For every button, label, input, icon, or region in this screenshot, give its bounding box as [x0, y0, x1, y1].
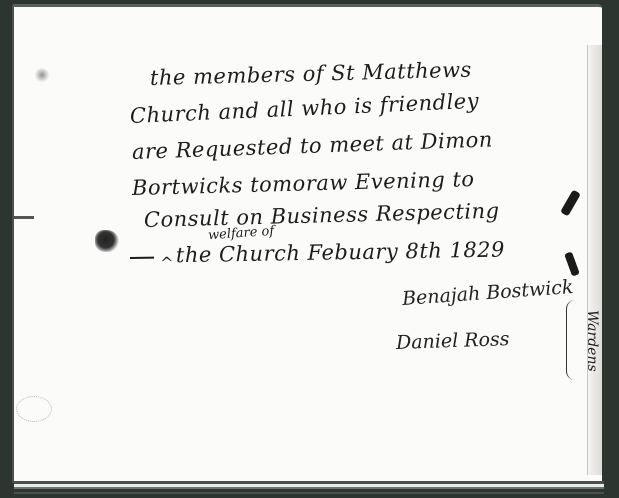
signature-2: Daniel Ross	[396, 328, 510, 354]
leading-dash	[130, 256, 154, 258]
page-fold-edge	[587, 45, 602, 475]
wardens-annotation: Wardens	[584, 310, 600, 372]
corner-stain	[16, 396, 52, 422]
bottom-edge-rule	[14, 492, 604, 494]
insertion-caret: ^	[160, 253, 174, 272]
smudge-mark	[34, 68, 50, 82]
ink-blot	[95, 230, 119, 252]
brace-mark	[566, 300, 575, 380]
bottom-edge-rule	[14, 487, 604, 489]
margin-mark	[14, 216, 34, 219]
